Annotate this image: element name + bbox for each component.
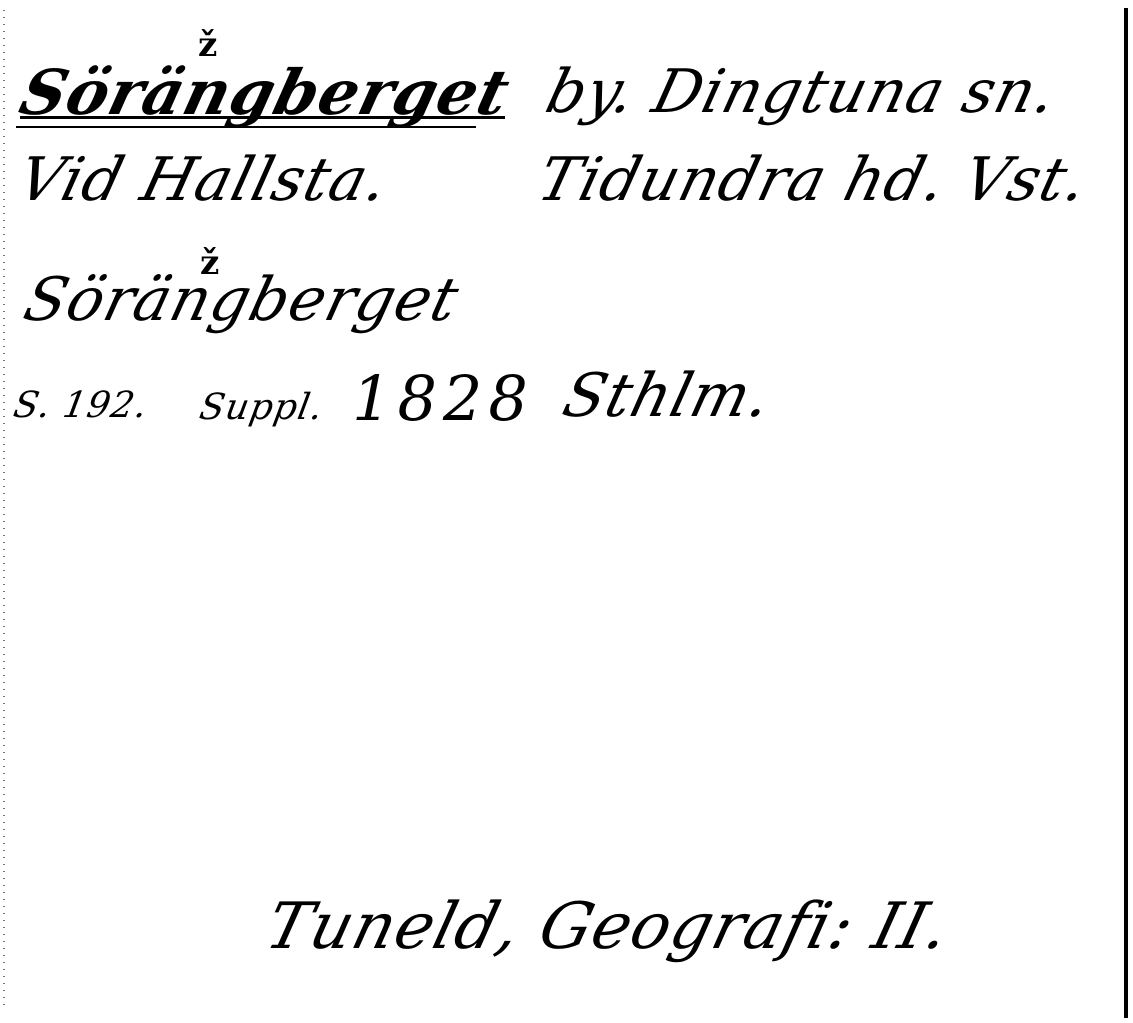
district-note: Tidundra hd. Vst.	[533, 150, 1094, 210]
headword-underline-1	[20, 116, 505, 119]
location-note: Vid Hallsta.	[13, 150, 395, 210]
spelling-form: Sörängberget	[19, 270, 465, 330]
index-card: ž Sörängberget by. Dingtuna sn. Vid Hall…	[0, 0, 1133, 1023]
headword-underline-2	[16, 126, 476, 128]
place-description: by. Dingtuna sn.	[541, 62, 1064, 122]
publication-place: Sthlm.	[558, 366, 778, 426]
publication-year: 1828	[352, 368, 534, 430]
card-right-border	[1124, 8, 1128, 1018]
scan-edge-speckle	[3, 10, 5, 1010]
headword: Sörängberget	[14, 62, 516, 124]
page-reference: S. 192.	[11, 388, 151, 424]
source-citation: Tuneld, Geografi: II.	[260, 895, 956, 959]
supplement-reference: Suppl.	[197, 390, 326, 426]
